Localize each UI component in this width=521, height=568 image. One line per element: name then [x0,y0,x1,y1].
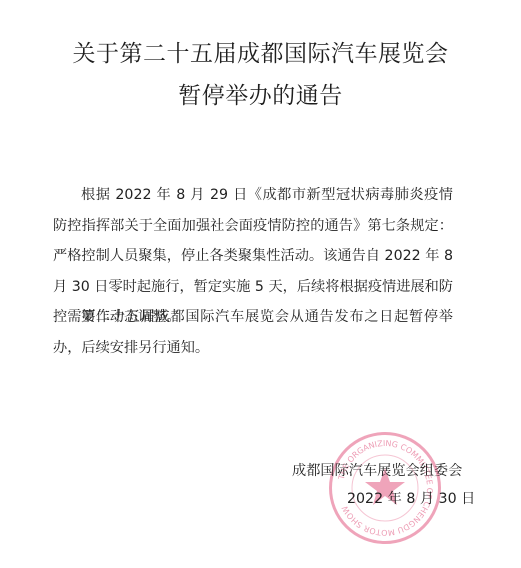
document-title-line2: 暂停举办的通告 [0,77,521,110]
paragraph-2: 第二十五届成都国际汽车展览会从通告发布之日起暂停举办，后续安排另行通知。 [53,302,453,363]
document-title-line1: 关于第二十五届成都国际汽车展览会 [0,35,521,68]
signature-date: 2022 年 8 月 30 日 [347,488,475,508]
signer-organization: 成都国际汽车展览会组委会 [292,460,462,480]
paragraph-2-text: 第二十五届成都国际汽车展览会从通告发布之日起暂停举办，后续安排另行通知。 [53,302,453,363]
